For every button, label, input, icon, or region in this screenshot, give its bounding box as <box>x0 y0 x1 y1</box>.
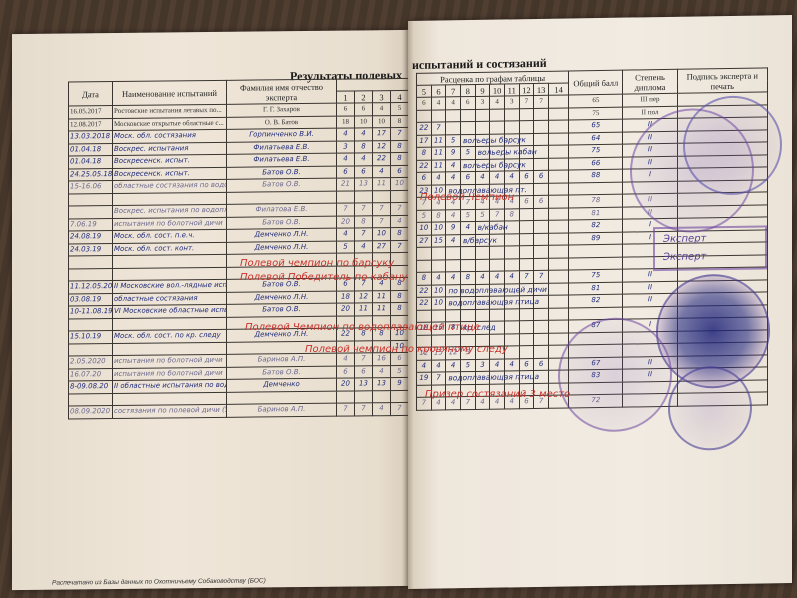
score-cell: 22 <box>417 122 432 135</box>
trials-table-left: Дата Наименование испытаний Фамилия имя … <box>68 78 409 419</box>
score-cell <box>534 120 549 133</box>
score-cell <box>548 245 568 258</box>
score-cell: 9 <box>446 222 461 235</box>
total-cell: 82 <box>569 294 623 307</box>
expert-cell: Демченко Л.Н. <box>227 291 337 305</box>
score-cell: 7 <box>373 203 391 216</box>
expert-cell: Батов О.В. <box>227 166 337 180</box>
score-cell: 10 <box>355 115 373 128</box>
date-cell: 8-09.08.20 <box>69 381 113 394</box>
date-cell: 08.09.2020 <box>69 406 113 419</box>
score-cell: 5 <box>475 209 490 222</box>
score-cell: 5 <box>460 209 475 222</box>
score-cell: 13 <box>373 378 391 391</box>
header-col-10: 10 <box>490 84 505 96</box>
date-cell <box>69 343 113 356</box>
score-cell: 19 <box>417 372 432 385</box>
diploma-cell: III пер <box>623 93 677 106</box>
score-cell: 7 <box>519 96 534 109</box>
header-col-14: 14 <box>548 83 568 95</box>
score-cell: вольеры кабан <box>475 146 490 159</box>
date-cell: 2.05.2020 <box>69 356 113 369</box>
score-cell: 6 <box>337 103 355 116</box>
expert-cell: Г. Г. Захаров <box>227 103 337 117</box>
expert-rect-stamp: Эксперт Эксперт <box>653 225 767 271</box>
header-score-group <box>337 78 409 91</box>
score-cell: 4 <box>446 209 461 222</box>
score-cell: 7 <box>355 403 373 416</box>
header-col-6: 6 <box>431 85 446 97</box>
score-cell <box>475 121 490 134</box>
score-cell <box>548 132 568 145</box>
score-cell <box>355 190 373 203</box>
score-cell: 4 <box>373 365 391 378</box>
trial-cell: Ростовские испытания легавых по... <box>113 104 227 118</box>
score-cell <box>446 309 461 322</box>
trial-cell: Моск. обл. сост. конт. <box>113 242 227 256</box>
red-annotation-champion-badger: Полевой чемпион по барсуку <box>240 258 394 269</box>
score-cell <box>534 333 549 346</box>
score-cell <box>490 109 505 122</box>
score-cell: 6 <box>519 196 534 209</box>
score-cell: 5 <box>417 210 432 223</box>
header-diploma: Степень диплома <box>623 69 677 94</box>
header-col-9: 9 <box>475 84 490 96</box>
score-cell: 5 <box>460 359 475 372</box>
score-cell <box>417 310 432 323</box>
total-cell: 88 <box>569 169 623 182</box>
score-cell: 6 <box>534 358 549 371</box>
date-cell: 10-11.08.19 <box>69 306 113 319</box>
score-cell: 13 <box>355 378 373 391</box>
score-cell: 6 <box>355 365 373 378</box>
header-col-3: 3 <box>373 91 391 103</box>
date-cell: 13.03.2018 <box>69 131 113 144</box>
date-cell <box>69 193 113 206</box>
score-cell: 6 <box>337 165 355 178</box>
score-cell <box>548 182 568 195</box>
score-cell <box>446 109 461 122</box>
score-cell <box>460 259 475 272</box>
score-cell <box>534 108 549 121</box>
trial-note: вольеры барсук <box>463 159 526 171</box>
total-cell: 65 <box>569 119 623 132</box>
score-cell: 20 <box>337 378 355 391</box>
header-col-11: 11 <box>504 84 519 96</box>
score-cell: 4 <box>431 97 446 110</box>
score-cell <box>519 346 534 359</box>
score-cell <box>431 309 446 322</box>
date-cell <box>69 268 113 281</box>
score-cell: 4 <box>373 165 391 178</box>
trial-cell: Воскресенск. испыт. <box>113 154 227 168</box>
score-cell <box>446 259 461 272</box>
score-cell: 22 <box>417 297 432 310</box>
trial-cell: II областные испытания по водоплавающей <box>113 379 227 393</box>
header-signature: Подпись эксперта и печать <box>677 68 767 93</box>
trial-cell: испытания по болотной дичи <box>113 367 227 381</box>
score-cell: 4 <box>446 97 461 110</box>
score-cell: 11 <box>355 303 373 316</box>
score-cell: 10 <box>431 284 446 297</box>
score-cell <box>548 257 568 270</box>
header-total: Общий балл <box>569 70 623 95</box>
score-cell: 22 <box>373 153 391 166</box>
date-cell: 15.10.19 <box>69 331 113 344</box>
score-cell <box>519 208 534 221</box>
score-cell: 4 <box>490 359 505 372</box>
score-cell: 22 <box>417 285 432 298</box>
score-cell: 6 <box>534 195 549 208</box>
expert-cell: Филатьева Е.В. <box>227 141 337 155</box>
score-cell: 6 <box>337 365 355 378</box>
score-cell <box>548 232 568 245</box>
score-cell: 6 <box>417 97 432 110</box>
date-cell: 16.07.20 <box>69 368 113 381</box>
date-cell: 12.08.2017 <box>69 118 113 131</box>
score-cell: 4 <box>417 360 432 373</box>
score-cell: 4 <box>373 103 391 116</box>
score-cell <box>431 247 446 260</box>
red-annotation-champion-waterfowl: Полевой Чемпион по водоплавающей птице <box>245 322 480 333</box>
red-annotation-champion-bloodtrail: Полевой чемпион по кровяному следу <box>305 344 508 355</box>
score-cell: 3 <box>504 96 519 109</box>
score-cell <box>519 308 534 321</box>
score-cell: 20 <box>337 303 355 316</box>
total-cell: 75 <box>569 107 623 120</box>
header-expert: Фамилия имя отчество эксперта <box>227 79 337 104</box>
trial-note: вольеры кабан <box>478 146 537 158</box>
score-cell <box>548 145 568 158</box>
score-cell <box>548 282 568 295</box>
score-cell <box>460 109 475 122</box>
score-cell: 7 <box>337 403 355 416</box>
score-cell: 4 <box>431 172 446 185</box>
score-cell: 6 <box>417 172 432 185</box>
expert-cell: Батов О.В. <box>227 216 337 230</box>
total-cell: 81 <box>569 282 623 295</box>
score-cell: 4 <box>373 403 391 416</box>
score-cell: 4 <box>446 159 461 172</box>
total-cell: 82 <box>569 219 623 232</box>
date-cell: 24.08.19 <box>69 231 113 244</box>
expert-cell: Демченко <box>227 378 337 392</box>
score-cell <box>475 109 490 122</box>
red-annotation-field-champion: Полевой Чемпион <box>420 192 514 203</box>
red-annotation-winner-boar: Полевой Победитель по кабану <box>240 272 407 283</box>
score-cell: 11 <box>431 159 446 172</box>
score-cell <box>519 246 534 259</box>
score-cell: 7 <box>534 270 549 283</box>
score-cell: 9 <box>446 147 461 160</box>
score-cell <box>548 170 568 183</box>
score-cell: 6 <box>519 171 534 184</box>
header-col-2: 2 <box>355 91 373 103</box>
total-cell <box>569 182 623 195</box>
score-cell <box>534 133 549 146</box>
score-cell <box>475 259 490 272</box>
header-col-5: 5 <box>417 85 432 97</box>
score-cell: 10 <box>373 115 391 128</box>
date-cell <box>69 393 113 406</box>
score-cell: 5 <box>446 134 461 147</box>
score-cell: вольеры барсук <box>460 134 475 147</box>
trial-cell: Воскрес. испытания по водоплавающей <box>113 204 227 218</box>
score-cell: 4 <box>490 271 505 284</box>
score-cell <box>534 158 549 171</box>
trial-cell: Моск. обл. состязания <box>113 129 227 143</box>
score-cell <box>548 195 568 208</box>
score-cell: вольеры барсук <box>460 159 475 172</box>
score-cell: 11 <box>431 147 446 160</box>
score-cell: 4 <box>460 221 475 234</box>
score-cell: 10 <box>431 297 446 310</box>
score-cell <box>504 258 519 271</box>
score-cell <box>519 108 534 121</box>
score-cell: 11 <box>431 134 446 147</box>
score-cell: 7 <box>337 203 355 216</box>
score-cell <box>519 233 534 246</box>
total-cell <box>569 257 623 270</box>
total-cell <box>569 244 623 257</box>
trial-note: вольеры барсук <box>463 134 526 146</box>
score-cell: 4 <box>446 272 461 285</box>
score-cell: 22 <box>417 160 432 173</box>
score-cell <box>519 121 534 134</box>
total-cell: 78 <box>569 194 623 207</box>
score-cell: 7 <box>373 215 391 228</box>
score-cell <box>417 260 432 273</box>
score-cell <box>519 321 534 334</box>
trial-cell <box>113 254 227 268</box>
score-cell <box>355 390 373 403</box>
score-cell <box>504 246 519 259</box>
score-cell <box>446 122 461 135</box>
trial-cell: Воскрес. испытания <box>113 142 227 156</box>
score-cell <box>504 108 519 121</box>
trial-note: водоплавающая птица <box>448 371 539 383</box>
trial-cell: испытания по болотной дичи <box>113 354 227 368</box>
header-col-1: 1 <box>337 91 355 103</box>
score-cell: 12 <box>373 140 391 153</box>
trial-note: водоплавающая птица <box>448 296 539 308</box>
score-cell <box>534 183 549 196</box>
date-cell: 01.04.18 <box>69 156 113 169</box>
score-cell: 4 <box>504 171 519 184</box>
score-cell <box>534 320 549 333</box>
score-cell <box>490 259 505 272</box>
expert-cell <box>227 191 337 205</box>
trial-cell: Моск. обл. сост. по кр. следу <box>113 329 227 343</box>
score-cell: 17 <box>373 128 391 141</box>
score-cell: 4 <box>446 359 461 372</box>
score-cell: 8 <box>355 140 373 153</box>
score-cell <box>490 121 505 134</box>
score-cell: 10 <box>431 222 446 235</box>
score-cell: 8 <box>417 272 432 285</box>
total-cell: 75 <box>569 144 623 157</box>
expert-cell: Горпинченко В.И. <box>227 128 337 142</box>
date-cell: 24.25.05.18 <box>69 168 113 181</box>
score-cell: 4 <box>355 240 373 253</box>
date-cell <box>69 256 113 269</box>
trial-cell: II Московские вол.-лядные исп. по болотн… <box>113 279 227 293</box>
score-cell <box>460 246 475 259</box>
expert-cell: Демченко Л.Н. <box>227 228 337 242</box>
total-cell: 89 <box>569 232 623 245</box>
score-cell: по водоплавающей дичи <box>446 284 461 297</box>
score-cell: 3 <box>475 96 490 109</box>
score-cell <box>475 246 490 259</box>
date-cell: 03.08.19 <box>69 293 113 306</box>
score-cell: 8 <box>355 215 373 228</box>
score-cell: 7 <box>355 203 373 216</box>
score-cell: 13 <box>355 178 373 191</box>
score-cell: 17 <box>417 135 432 148</box>
score-cell <box>548 157 568 170</box>
score-cell: 4 <box>337 228 355 241</box>
score-cell <box>548 120 568 133</box>
trial-cell <box>113 342 227 356</box>
score-cell <box>504 308 519 321</box>
trial-note: в/барсук <box>463 234 497 246</box>
score-cell <box>548 307 568 320</box>
score-cell: 6 <box>355 103 373 116</box>
score-cell: 15 <box>431 234 446 247</box>
score-cell: 6 <box>460 171 475 184</box>
score-cell: 3 <box>337 140 355 153</box>
trial-cell <box>113 317 227 331</box>
score-cell: 27 <box>373 240 391 253</box>
total-cell: 64 <box>569 132 623 145</box>
score-cell <box>417 247 432 260</box>
score-cell: 7 <box>519 271 534 284</box>
date-cell: 24.03.19 <box>69 243 113 256</box>
trial-cell: областные состязания по водоплавающей <box>113 179 227 193</box>
diploma-cell: II <box>623 281 677 294</box>
score-cell <box>534 220 549 233</box>
total-cell: 65 <box>569 94 623 107</box>
header-col-8: 8 <box>460 84 475 96</box>
score-cell <box>373 190 391 203</box>
score-cell: 6 <box>460 96 475 109</box>
expert-cell: Филатова Е.В. <box>227 203 337 217</box>
score-cell: водоплавающая птица <box>446 297 461 310</box>
score-cell <box>431 109 446 122</box>
header-col-7: 7 <box>446 85 461 97</box>
score-cell: 4 <box>337 153 355 166</box>
expert-stamp-4 <box>668 366 752 451</box>
score-cell: 4 <box>431 272 446 285</box>
score-cell: 8 <box>460 271 475 284</box>
total-cell: 81 <box>569 207 623 220</box>
score-cell: 4 <box>504 271 519 284</box>
expert-cell: О. В. Батов <box>227 116 337 130</box>
footer-note: Распечатано из Базы данных по Охотничьем… <box>52 577 266 586</box>
score-cell <box>548 295 568 308</box>
score-cell: 18 <box>337 290 355 303</box>
score-cell <box>460 309 475 322</box>
score-cell: 4 <box>337 128 355 141</box>
trial-cell: Моск. обл. сост. п.е.ч. <box>113 229 227 243</box>
score-cell: 10 <box>373 228 391 241</box>
expert-cell: Баринов А.П. <box>227 403 337 417</box>
score-cell: 4 <box>475 171 490 184</box>
date-cell: 11.12.05.2019 <box>69 281 113 294</box>
score-cell: 11 <box>373 303 391 316</box>
score-cell: 4 <box>446 234 461 247</box>
score-cell: 4 <box>446 172 461 185</box>
score-cell: водоплавающая птица <box>446 372 461 385</box>
score-cell <box>534 258 549 271</box>
score-cell: 18 <box>337 115 355 128</box>
header-col-13: 13 <box>534 83 549 95</box>
trial-cell: областные состязания <box>113 292 227 306</box>
score-cell <box>490 246 505 259</box>
trial-cell: испытания по болотной дичи <box>113 217 227 231</box>
score-cell <box>475 309 490 322</box>
score-cell: 8 <box>417 147 432 160</box>
score-cell <box>460 121 475 134</box>
score-cell <box>504 321 519 334</box>
score-cell: 6 <box>519 358 534 371</box>
expert-cell: Баринов А.П. <box>227 353 337 367</box>
score-cell: 4 <box>490 171 505 184</box>
trial-cell <box>113 192 227 206</box>
score-cell: в/кабан <box>475 221 490 234</box>
total-cell: 75 <box>569 269 623 282</box>
score-cell: 4 <box>475 271 490 284</box>
score-cell <box>548 270 568 283</box>
score-cell: 4 <box>355 153 373 166</box>
score-cell: 27 <box>417 235 432 248</box>
score-cell: 4 <box>490 96 505 109</box>
expert-cell: Батов О.В. <box>227 178 337 192</box>
date-cell: 01.04.18 <box>69 143 113 156</box>
score-cell: 7 <box>431 372 446 385</box>
header-trial-name: Наименование испытаний <box>113 80 227 105</box>
score-cell: 4 <box>504 358 519 371</box>
date-cell: 7.06.19 <box>69 218 113 231</box>
score-cell <box>548 320 568 333</box>
score-cell: 11 <box>373 178 391 191</box>
score-cell <box>519 333 534 346</box>
score-cell: 12 <box>355 290 373 303</box>
score-cell: 3 <box>475 359 490 372</box>
score-cell: в/барсук <box>460 234 475 247</box>
date-cell: 15-16.06 <box>69 181 113 194</box>
trial-cell <box>113 392 227 406</box>
score-cell <box>337 390 355 403</box>
score-cell: 6 <box>534 170 549 183</box>
trial-cell: VI Московские областные испытания по вод… <box>113 304 227 318</box>
score-cell: 11 <box>373 290 391 303</box>
header-col-12: 12 <box>519 84 534 96</box>
score-cell <box>548 220 568 233</box>
score-cell <box>431 259 446 272</box>
score-cell: 10 <box>417 222 432 235</box>
score-cell: 7 <box>534 95 549 108</box>
trial-cell: Московские открытые областные с... <box>113 117 227 131</box>
score-cell <box>519 258 534 271</box>
score-cell <box>548 332 568 345</box>
score-cell <box>490 309 505 322</box>
score-cell <box>534 345 549 358</box>
score-cell <box>519 221 534 234</box>
expert-cell: Батов О.В. <box>227 303 337 317</box>
expert-cell: Батов О.В. <box>227 366 337 380</box>
table-row: 08.09.2020состязания по полевой дичи (Ук… <box>69 402 409 418</box>
